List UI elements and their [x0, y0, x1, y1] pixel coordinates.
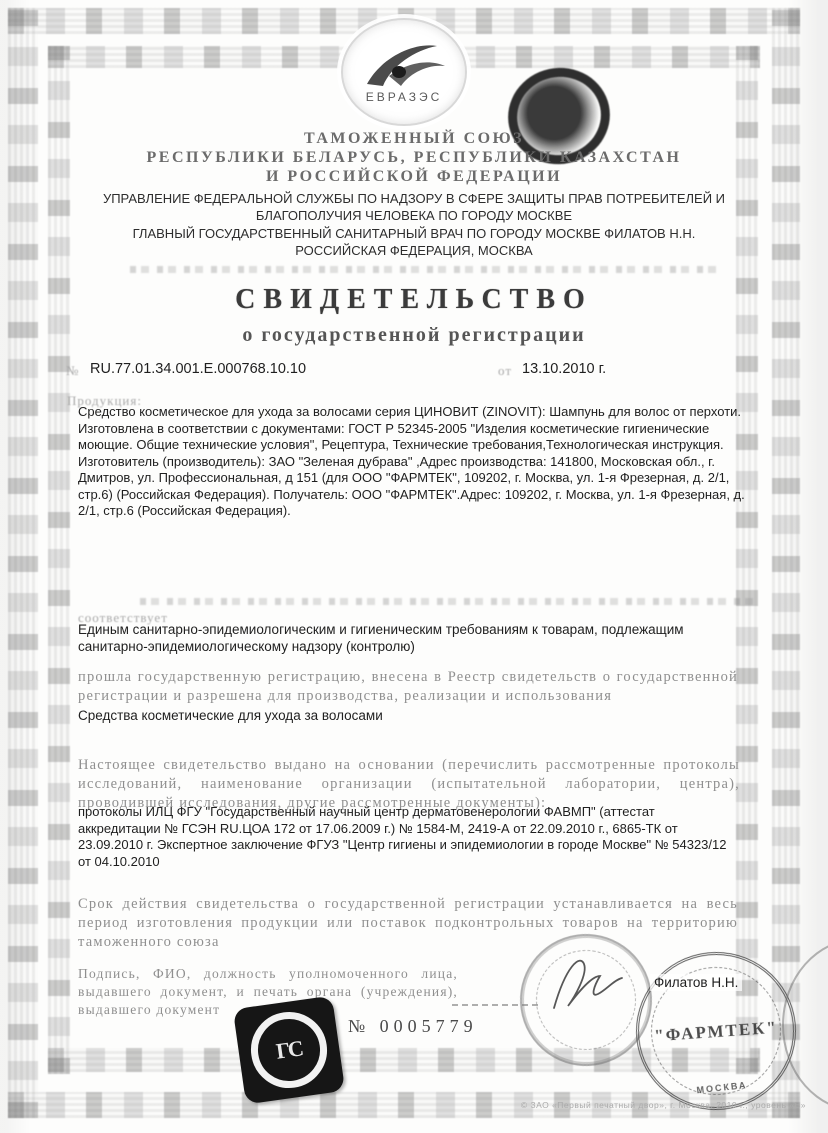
- faded-microtext-row-2: [140, 598, 760, 605]
- chief-doctor-line: ГЛАВНЫЙ ГОСУДАРСТВЕННЫЙ САНИТАРНЫЙ ВРАЧ …: [64, 225, 764, 242]
- handwritten-signature: [540, 946, 636, 1026]
- product-category: Средства косметические для ухода за воло…: [78, 708, 738, 725]
- frame-outer-left: [8, 8, 38, 1118]
- eurasec-logo-label: ЕВРАЗЭС: [366, 90, 443, 104]
- printing-house-note: © ЗАО «Первый печатный двор», г. Москва,…: [521, 1100, 806, 1110]
- frame-outer-right: [772, 8, 800, 1118]
- product-description: Средство косметическое для ухода за воло…: [78, 404, 746, 520]
- union-title-line2: РЕСПУБЛИКИ БЕЛАРУСЬ, РЕСПУБЛИКИ КАЗАХСТА…: [64, 149, 764, 167]
- hologram-glyph: ГС: [275, 1035, 304, 1064]
- faded-microtext-row-1: [130, 266, 720, 273]
- hologram-ring-icon: ГС: [246, 1007, 332, 1093]
- country-city-line: РОССИЙСКАЯ ФЕДЕРАЦИЯ, МОСКВА: [64, 242, 764, 259]
- date-from-label: от: [498, 363, 512, 379]
- document-subtitle: о государственной регистрации: [64, 324, 764, 347]
- union-title-line1: ТАМОЖЕННЫЙ СОЮЗ: [64, 130, 764, 148]
- conformity-text: Единым санитарно-эпидемиологическим и ги…: [78, 622, 738, 655]
- basis-documents: протоколы ИЛЦ ФГУ "Государственный научн…: [78, 804, 740, 870]
- document-title: СВИДЕТЕЛЬСТВО: [64, 284, 764, 316]
- certificate-page: ЕВРАЗЭС ТАМОЖЕННЫЙ СОЮЗ РЕСПУБЛИКИ БЕЛАР…: [0, 0, 828, 1133]
- number-label: №: [66, 363, 79, 379]
- blank-serial-number: № 0005779: [348, 1016, 478, 1037]
- validity-text: Срок действия свидетельства о государств…: [78, 895, 738, 952]
- eurasec-logo: ЕВРАЗЭС: [341, 18, 467, 126]
- registration-number: RU.77.01.34.001.Е.000768.10.10: [90, 361, 306, 378]
- eurasec-swoosh-icon: [361, 40, 447, 92]
- signer-name: Филатов Н.Н.: [650, 974, 742, 991]
- hologram-sticker: ГС: [233, 996, 345, 1105]
- registration-date: 13.10.2010 г.: [522, 361, 606, 378]
- union-title-line3: И РОССИЙСКОЙ ФЕДЕРАЦИИ: [64, 168, 764, 186]
- authority-name: УПРАВЛЕНИЕ ФЕДЕРАЛЬНОЙ СЛУЖБЫ ПО НАДЗОРУ…: [64, 190, 764, 224]
- registered-template-text: прошла государственную регистрацию, внес…: [78, 668, 738, 706]
